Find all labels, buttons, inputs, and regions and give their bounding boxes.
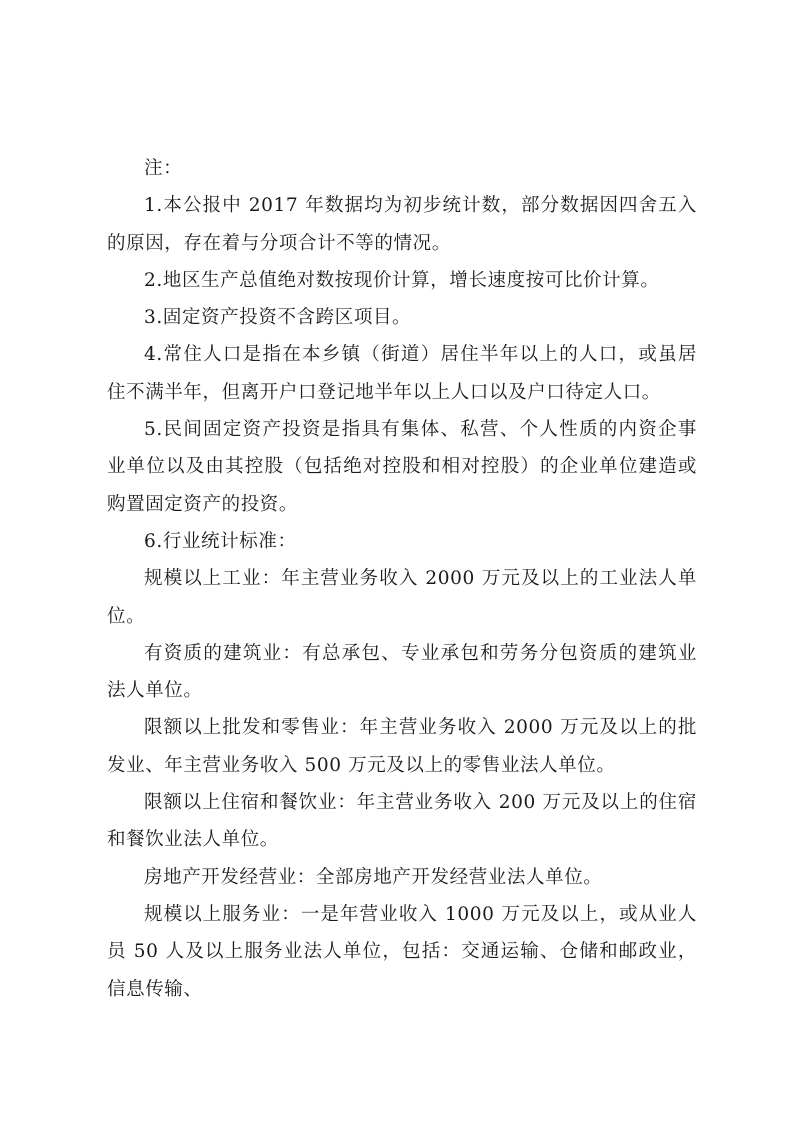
notes-heading: 注： xyxy=(107,150,697,187)
document-page: 注： 1.本公报中 2017 年数据均为初步统计数，部分数据因四舍五入的原因，存… xyxy=(107,150,697,1008)
standard-services: 规模以上服务业：一是年营业收入 1000 万元及以上，或从业人员 50 人及以上… xyxy=(107,896,697,1008)
standard-wholesale-retail: 限额以上批发和零售业：年主营业务收入 2000 万元及以上的批发业、年主营业务收… xyxy=(107,709,697,784)
note-1-rounding: 1.本公报中 2017 年数据均为初步统计数，部分数据因四舍五入的原因，存在着与… xyxy=(107,187,697,262)
note-6-industry-standards-heading: 6.行业统计标准： xyxy=(107,523,697,560)
standard-real-estate: 房地产开发经营业：全部房地产开发经营业法人单位。 xyxy=(107,859,697,896)
standard-construction: 有资质的建筑业：有总承包、专业承包和劳务分包资质的建筑业法人单位。 xyxy=(107,635,697,710)
standard-industry: 规模以上工业：年主营业务收入 2000 万元及以上的工业法人单位。 xyxy=(107,560,697,635)
standard-accommodation-catering: 限额以上住宿和餐饮业：年主营业务收入 200 万元及以上的住宿和餐饮业法人单位。 xyxy=(107,784,697,859)
note-3-fixed-asset-investment: 3.固定资产投资不含跨区项目。 xyxy=(107,299,697,336)
note-5-private-investment: 5.民间固定资产投资是指具有集体、私营、个人性质的内资企事业单位以及由其控股（包… xyxy=(107,411,697,523)
note-2-gdp-calculation: 2.地区生产总值绝对数按现价计算，增长速度按可比价计算。 xyxy=(107,262,697,299)
note-4-resident-population: 4.常住人口是指在本乡镇（街道）居住半年以上的人口，或虽居住不满半年，但离开户口… xyxy=(107,336,697,411)
